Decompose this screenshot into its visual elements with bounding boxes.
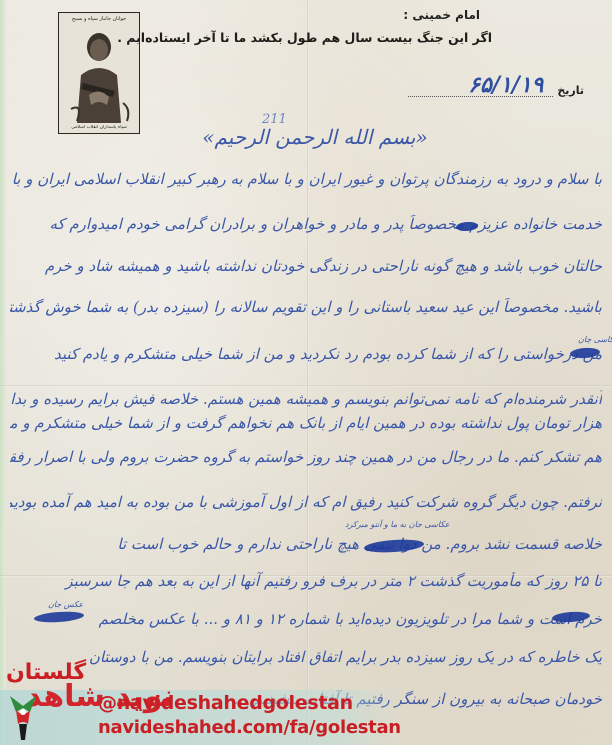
letter-line: هم تشکر کنم. ما در رجال من در همین چند ر…	[10, 448, 602, 466]
letter-line: خرم است و شما مرا در تلویزیون دیده‌اید ب…	[10, 610, 602, 628]
fold-line-horizontal	[0, 385, 612, 387]
letter-line: یک خاطره که در یک روز سیزده بدر برایم ات…	[10, 648, 602, 666]
letter-salutation: «بسم الله الرحمن الرحیم»	[200, 125, 430, 149]
letter-line: حالتان خوب باشد و هیچ گونه ناراحتی در زن…	[10, 257, 602, 275]
letter-line: نرفتم. چون دیگر گروه شرکت کنید رفیق ام ک…	[10, 493, 602, 511]
date-field: تاریخ ۶۵/۱/۱۹	[408, 74, 584, 97]
portrait-caption-top: جوانان جانباز سپاه و بسیج	[61, 16, 137, 22]
date-label: تاریخ	[557, 84, 584, 97]
letter-line: خلاصه قسمت نشد بروم. من دوا نیمی هیچ نار…	[10, 535, 602, 553]
date-value: ۶۵/۱/۱۹	[408, 74, 553, 97]
letter-line: آنقدر شرمنده‌ام که نامه نمی‌توانم بنویسم…	[10, 390, 602, 408]
letter-line: من درخواستی را که از شما کرده بودم رد نک…	[10, 345, 602, 363]
scan-edge	[0, 0, 6, 745]
quote-attribution: امام خمینی :	[403, 8, 480, 22]
letter-line: با سلام و درود به رزمندگان پرتوان و غیور…	[10, 170, 602, 188]
margin-note: عکس جان	[48, 600, 83, 609]
watermark-handle: @navideshahedgolestan	[98, 692, 353, 714]
letter-line: هزار تومان پول نداشته بوده در همین ایام …	[10, 414, 602, 432]
letter-line: خدمت خانواده عزیزم مخصوصاً پدر و مادر و …	[10, 215, 602, 233]
letter-line: تا ۲۵ روز که مأموریت گذشت ۲ متر در برف ف…	[10, 572, 602, 590]
watermark-url[interactable]: navideshahed.com/fa/golestan	[98, 717, 401, 738]
quote-text: اگر این جنگ بیست سال هم طول بکشد ما تا آ…	[117, 30, 492, 45]
letter-line: باشید. مخصوصاً این عید سعید باستانی را و…	[10, 298, 602, 316]
fold-line-vertical	[307, 0, 309, 745]
navideshahed-emblem-icon	[6, 690, 40, 742]
margin-note: عکاسی جان به ما و آنتو میرکرد	[345, 520, 450, 529]
portrait-caption-bottom: سپاه پاسداران انقلاب اسلامی	[61, 125, 137, 130]
margin-note: عکاسی چان	[578, 335, 612, 344]
